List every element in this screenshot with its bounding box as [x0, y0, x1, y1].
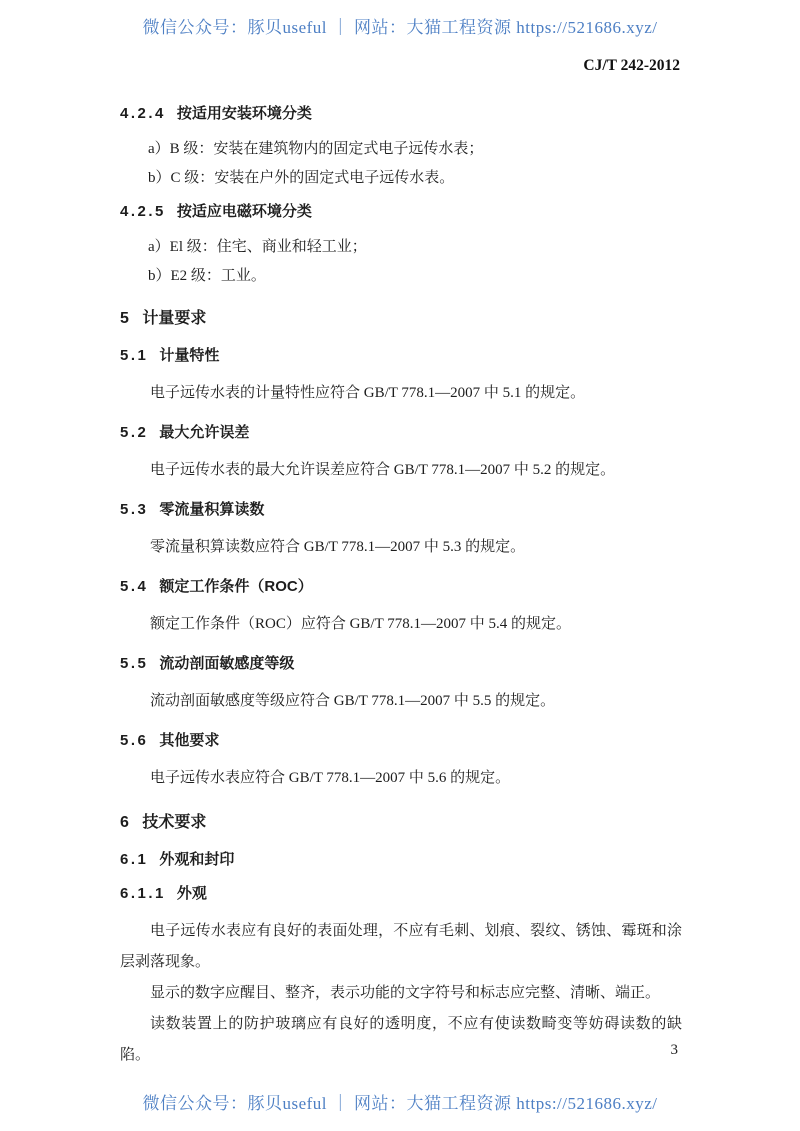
section-heading-5-1: 5.1计量特性 — [120, 344, 682, 368]
heading-number: 5.1 — [120, 347, 148, 364]
section-heading-5-6: 5.6其他要求 — [120, 729, 682, 753]
paragraph: 电子远传水表应有良好的表面处理，不应有毛刺、划痕、裂纹、锈蚀、霉斑和涂层剥落现象… — [120, 916, 682, 978]
heading-number: 5.5 — [120, 655, 148, 672]
heading-number: 6 — [120, 814, 131, 831]
heading-title: 流动剖面敏感度等级 — [159, 655, 294, 672]
section-heading-5-2: 5.2最大允许误差 — [120, 421, 682, 445]
heading-title: 零流量积算读数 — [159, 501, 264, 518]
heading-title: 计量要求 — [142, 310, 206, 327]
heading-title: 计量特性 — [159, 347, 219, 364]
section-heading-5: 5计量要求 — [120, 306, 682, 332]
paragraph: 电子远传水表的计量特性应符合 GB/T 778.1—2007 中 5.1 的规定… — [120, 378, 682, 409]
list-item: a）El 级：住宅、商业和轻工业； — [120, 234, 682, 261]
paragraph: 电子远传水表的最大允许误差应符合 GB/T 778.1—2007 中 5.2 的… — [120, 455, 682, 486]
heading-number: 5.4 — [120, 578, 148, 595]
doc-number: CJ/T 242-2012 — [583, 57, 680, 75]
heading-number: 5.3 — [120, 501, 148, 518]
section-heading-6-1-1: 6.1.1外观 — [120, 882, 682, 906]
section-heading-4-2-5: 4.2.5按适应电磁环境分类 — [120, 200, 682, 224]
footer-watermark: 微信公众号：豚贝useful ｜ 网站：大猫工程资源 https://52168… — [0, 1089, 800, 1114]
list-item: a）B 级：安装在建筑物内的固定式电子远传水表； — [120, 136, 682, 163]
document-content: 4.2.4按适用安装环境分类a）B 级：安装在建筑物内的固定式电子远传水表；b）… — [120, 94, 682, 1071]
paragraph: 读数装置上的防护玻璃应有良好的透明度，不应有使读数畸变等妨碍读数的缺陷。 — [120, 1009, 682, 1071]
section-heading-5-3: 5.3零流量积算读数 — [120, 498, 682, 522]
heading-title: 外观 — [177, 885, 207, 902]
list-item: b）C 级：安装在户外的固定式电子远传水表。 — [120, 165, 682, 192]
section-heading-5-4: 5.4额定工作条件（ROC） — [120, 575, 682, 599]
section-heading-5-5: 5.5流动剖面敏感度等级 — [120, 652, 682, 676]
paragraph: 显示的数字应醒目、整齐，表示功能的文字符号和标志应完整、清晰、端正。 — [120, 978, 682, 1009]
heading-number: 5 — [120, 310, 131, 327]
page-number: 3 — [671, 1042, 679, 1059]
heading-title: 按适用安装环境分类 — [177, 105, 312, 122]
section-heading-6: 6技术要求 — [120, 810, 682, 836]
heading-number: 6.1.1 — [120, 885, 166, 902]
heading-number: 5.2 — [120, 424, 148, 441]
document-page: 微信公众号：豚贝useful ｜ 网站：大猫工程资源 https://52168… — [0, 0, 800, 1131]
list-item: b）E2 级：工业。 — [120, 263, 682, 290]
heading-title: 额定工作条件（ROC） — [159, 578, 312, 595]
paragraph: 额定工作条件（ROC）应符合 GB/T 778.1—2007 中 5.4 的规定… — [120, 609, 682, 640]
header-watermark: 微信公众号：豚贝useful ｜ 网站：大猫工程资源 https://52168… — [0, 13, 800, 38]
section-heading-4-2-4: 4.2.4按适用安装环境分类 — [120, 102, 682, 126]
paragraph: 电子远传水表应符合 GB/T 778.1—2007 中 5.6 的规定。 — [120, 763, 682, 794]
paragraph: 流动剖面敏感度等级应符合 GB/T 778.1—2007 中 5.5 的规定。 — [120, 686, 682, 717]
heading-title: 按适应电磁环境分类 — [177, 203, 312, 220]
paragraph: 零流量积算读数应符合 GB/T 778.1—2007 中 5.3 的规定。 — [120, 532, 682, 563]
heading-number: 4.2.4 — [120, 105, 166, 122]
section-heading-6-1: 6.1外观和封印 — [120, 848, 682, 872]
heading-title: 最大允许误差 — [159, 424, 249, 441]
heading-number: 6.1 — [120, 851, 148, 868]
heading-title: 外观和封印 — [159, 851, 234, 868]
heading-title: 其他要求 — [159, 732, 219, 749]
heading-number: 4.2.5 — [120, 203, 166, 220]
heading-title: 技术要求 — [142, 814, 206, 831]
heading-number: 5.6 — [120, 732, 148, 749]
